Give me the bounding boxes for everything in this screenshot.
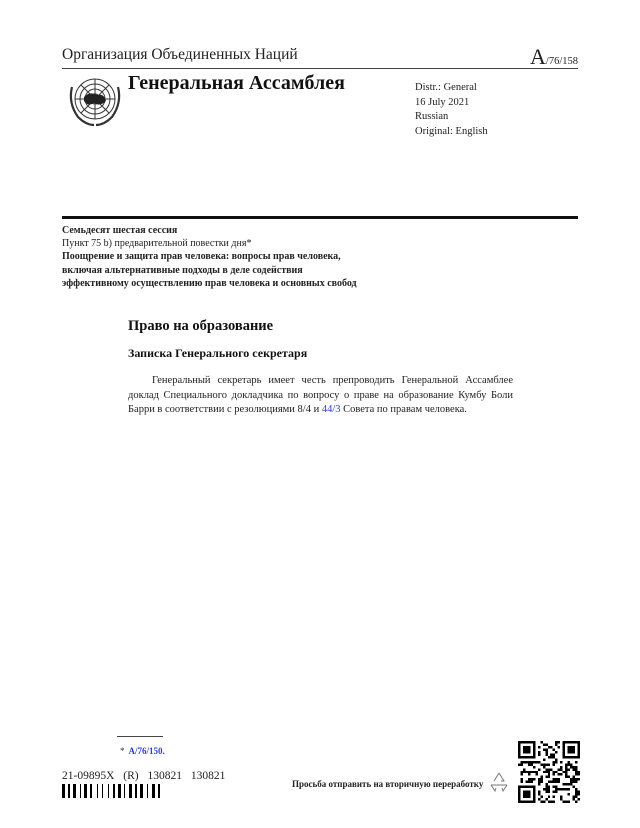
body-name: Генеральная Ассамблея [128,72,345,95]
organization-name: Организация Объединенных Наций [62,46,298,64]
date-line: 16 July 2021 [415,96,488,111]
agenda-item: Пункт 75 b) предварительной повестки дня… [62,237,362,250]
footnote-divider [117,736,163,737]
session-label: Семьдесят шестая сессия [62,224,362,237]
distribution-block: Distr.: General 16 July 2021 Russian Ori… [415,81,488,139]
footnote: *A/76/150. [120,746,165,756]
agenda-topic: Поощрение и защита прав человека: вопрос… [62,250,362,290]
document-title: Право на образование [128,318,273,335]
language-line: Russian [415,110,488,125]
agenda-block: Семьдесят шестая сессия Пункт 75 b) пред… [62,224,362,290]
barcode-icon [62,784,182,798]
resolution-link[interactable]: 44/3 [322,404,341,415]
document-subtitle: Записка Генерального секретаря [128,346,307,361]
un-emblem-icon [64,73,126,129]
document-number: 21-09895X (R) 130821 130821 [62,770,225,782]
original-language-line: Original: English [415,125,488,140]
section-divider [62,216,578,219]
recycle-icon [487,770,511,794]
symbol-letter: A [530,44,546,69]
header-divider [62,68,578,69]
recycle-text: Просьба отправить на вторичную переработ… [292,779,483,789]
footnote-link[interactable]: A/76/150. [129,746,165,756]
paragraph-text-end: Совета по правам человека. [341,404,467,415]
body-paragraph: Генеральный секретарь имеет честь препро… [128,374,513,418]
symbol-number: /76/158 [546,56,578,67]
distribution-line: Distr.: General [415,81,488,96]
document-symbol: A/76/158 [530,44,578,70]
footnote-marker: * [120,746,125,756]
qr-code-icon [518,741,580,803]
